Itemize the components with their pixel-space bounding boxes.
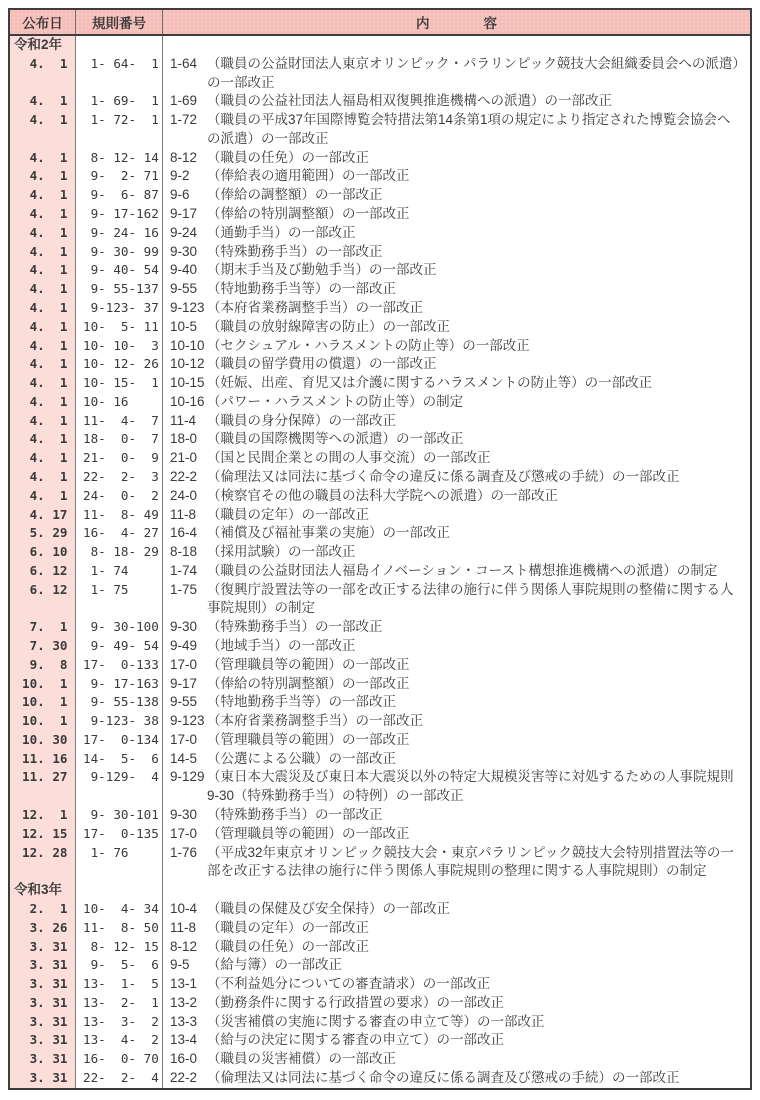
rule-number-cell: 9- 30-101 [76, 806, 163, 825]
rule-code: 11-4 [170, 412, 207, 431]
rule-number-cell: 9- 30-100 [76, 618, 163, 637]
promulgation-date-cell: 4. 1 [10, 449, 76, 468]
rule-number-cell: 18- 0- 7 [76, 430, 163, 449]
content-cell: 9-129（東日本大震災及び東日本大震災以外の特定大規模災害等に対処するための人… [163, 768, 750, 806]
table-row: 4. 110- 10- 310-10（セクシュアル・ハラスメントの防止等）の一部… [10, 337, 750, 356]
rule-number-cell [76, 881, 163, 900]
rule-code: 10-5 [170, 318, 207, 337]
era-year-label: 令和2年 [10, 36, 76, 55]
content-cell: 9-123（本府省業務調整手当）の一部改正 [163, 712, 750, 731]
table-row: 10. 3017- 0-13417-0（管理職員等の範囲）の一部改正 [10, 731, 750, 750]
rule-description: （本府省業務調整手当）の一部改正 [207, 299, 742, 318]
rule-number-cell: 1- 75 [76, 581, 163, 619]
promulgation-date-cell: 4. 1 [10, 205, 76, 224]
rule-code: 13-1 [170, 975, 207, 994]
table-row: 4. 121- 0- 921-0（国と民間企業との間の人事交流）の一部改正 [10, 449, 750, 468]
table-row: 4. 110- 12- 2610-12（職員の留学費用の償還）の一部改正 [10, 355, 750, 374]
year-row: 令和3年 [10, 881, 750, 900]
promulgation-date-cell: 6. 12 [10, 562, 76, 581]
rule-code: 13-3 [170, 1013, 207, 1032]
promulgation-date-cell: 4. 1 [10, 167, 76, 186]
rule-description: （期末手当及び勤勉手当）の一部改正 [207, 261, 742, 280]
table-row: 4. 1 9- 6- 879-6（俸給の調整額）の一部改正 [10, 186, 750, 205]
table-row: 2. 110- 4- 3410-4（職員の保健及び安全保持）の一部改正 [10, 900, 750, 919]
table-row: 10. 1 9- 17-1639-17（俸給の特別調整額）の一部改正 [10, 675, 750, 694]
rule-number-cell: 17- 0-134 [76, 731, 163, 750]
promulgation-date-cell: 4. 1 [10, 393, 76, 412]
rule-number-cell: 1- 69- 1 [76, 92, 163, 111]
rule-description: （俸給の調整額）の一部改正 [207, 186, 742, 205]
rule-code: 1-64 [170, 55, 207, 74]
rule-number-cell: 9- 55-138 [76, 693, 163, 712]
rule-description: （検察官その他の職員の法科大学院への派遣）の一部改正 [207, 487, 742, 506]
promulgation-date-cell: 2. 1 [10, 900, 76, 919]
rule-code: 11-8 [170, 919, 207, 938]
rule-description: （職員の留学費用の償還）の一部改正 [207, 355, 742, 374]
content-cell: 13-4（給与の決定に関する審査の申立て）の一部改正 [163, 1031, 750, 1050]
rule-number-cell: 1- 76 [76, 844, 163, 882]
content-cell: 17-0（管理職員等の範囲）の一部改正 [163, 825, 750, 844]
rule-number-cell: 24- 0- 2 [76, 487, 163, 506]
rule-number-cell: 1- 72- 1 [76, 111, 163, 149]
rule-code: 9-17 [170, 205, 207, 224]
promulgation-date-cell: 3. 31 [10, 994, 76, 1013]
promulgation-date-cell: 10. 30 [10, 731, 76, 750]
rule-description: （職員の任免）の一部改正 [207, 938, 742, 957]
rule-description: （給与簿）の一部改正 [207, 956, 742, 975]
promulgation-date-cell: 4. 1 [10, 243, 76, 262]
content-cell: 16-4（補償及び福祉事業の実施）の一部改正 [163, 524, 750, 543]
rule-code: 9-30 [170, 618, 207, 637]
content-cell: 8-12（職員の任免）の一部改正 [163, 149, 750, 168]
content-cell: 9-17（俸給の特別調整額）の一部改正 [163, 205, 750, 224]
rule-number-cell: 9- 2- 71 [76, 167, 163, 186]
table-row: 4. 122- 2- 322-2（倫理法又は同法に基づく命令の違反に係る調査及び… [10, 468, 750, 487]
rule-description: （管理職員等の範囲）の一部改正 [207, 731, 742, 750]
content-cell: 21-0（国と民間企業との間の人事交流）の一部改正 [163, 449, 750, 468]
table-row: 4. 1 1- 69- 11-69（職員の公益社団法人福島相双復興推進機構への派… [10, 92, 750, 111]
promulgation-date-cell: 4. 1 [10, 374, 76, 393]
rule-number-cell: 10- 15- 1 [76, 374, 163, 393]
rule-number-cell: 9- 49- 54 [76, 637, 163, 656]
year-row: 令和2年 [10, 36, 750, 55]
table-row: 3. 2611- 8- 5011-8（職員の定年）の一部改正 [10, 919, 750, 938]
rule-number-cell: 13- 1- 5 [76, 975, 163, 994]
content-cell: 1-75（復興庁設置法等の一部を改正する法律の施行に伴う関係人事院規則の整備に関… [163, 581, 750, 619]
content-cell: 8-18（採用試験）の一部改正 [163, 543, 750, 562]
rule-description: （勤務条件に関する行政措置の要求）の一部改正 [207, 994, 742, 1013]
rule-number-cell [76, 36, 163, 55]
rule-code: 18-0 [170, 430, 207, 449]
promulgation-date-cell: 4. 1 [10, 430, 76, 449]
promulgation-date-cell: 3. 31 [10, 1050, 76, 1069]
promulgation-date-cell: 4. 1 [10, 261, 76, 280]
rule-description: （採用試験）の一部改正 [207, 543, 742, 562]
rule-number-cell: 22- 2- 3 [76, 468, 163, 487]
table-row: 11. 27 9-129- 49-129（東日本大震災及び東日本大震災以外の特定… [10, 768, 750, 806]
content-cell: 10-12（職員の留学費用の償還）の一部改正 [163, 355, 750, 374]
promulgation-date-cell: 11. 16 [10, 750, 76, 769]
rule-code: 16-4 [170, 524, 207, 543]
rule-description: （特地勤務手当等）の一部改正 [207, 280, 742, 299]
rule-description: （管理職員等の範囲）の一部改正 [207, 656, 742, 675]
content-cell: 9-40（期末手当及び勤勉手当）の一部改正 [163, 261, 750, 280]
table-row: 4. 1 8- 12- 148-12（職員の任免）の一部改正 [10, 149, 750, 168]
promulgation-date-cell: 4. 1 [10, 355, 76, 374]
promulgation-date-cell: 4. 1 [10, 487, 76, 506]
rule-code: 9-49 [170, 637, 207, 656]
rule-code: 10-4 [170, 900, 207, 919]
content-cell: 1-76（平成32年東京オリンピック競技大会・東京パラリンピック競技大会特別措置… [163, 844, 750, 882]
rule-number-cell: 16- 4- 27 [76, 524, 163, 543]
rule-description: （補償及び福祉事業の実施）の一部改正 [207, 524, 742, 543]
rule-code: 17-0 [170, 825, 207, 844]
rule-code: 22-2 [170, 468, 207, 487]
content-cell: 10-16（パワー・ハラスメントの防止等）の制定 [163, 393, 750, 412]
promulgation-date-cell: 7. 30 [10, 637, 76, 656]
rule-code: 9-129 [170, 768, 207, 787]
promulgation-date-cell: 10. 1 [10, 675, 76, 694]
table-row: 3. 3113- 2- 113-2（勤務条件に関する行政措置の要求）の一部改正 [10, 994, 750, 1013]
content-cell: 1-69（職員の公益社団法人福島相双復興推進機構への派遣）の一部改正 [163, 92, 750, 111]
rule-number-cell: 17- 0-135 [76, 825, 163, 844]
table-row: 12. 1517- 0-13517-0（管理職員等の範囲）の一部改正 [10, 825, 750, 844]
rule-code: 22-2 [170, 1069, 207, 1088]
rule-number-cell: 11- 4- 7 [76, 412, 163, 431]
rule-number-cell: 9- 30- 99 [76, 243, 163, 262]
content-cell: 9-6（俸給の調整額）の一部改正 [163, 186, 750, 205]
table-row: 4. 1 9- 17-1629-17（俸給の特別調整額）の一部改正 [10, 205, 750, 224]
rule-description: （職員の国際機関等への派遣）の一部改正 [207, 430, 742, 449]
rule-description: （職員の公益社団法人福島相双復興推進機構への派遣）の一部改正 [207, 92, 742, 111]
content-cell: 22-2（倫理法又は同法に基づく命令の違反に係る調査及び懲戒の手続）の一部改正 [163, 1069, 750, 1088]
table-body: 令和2年 4. 1 1- 64- 11-64（職員の公益財団法人東京オリンピック… [10, 36, 750, 1088]
rule-description: （職員の定年）の一部改正 [207, 919, 742, 938]
rule-code: 9-30 [170, 806, 207, 825]
table-header-row: 公布日 規則番号 内 容 [10, 10, 750, 36]
table-row: 7. 30 9- 49- 549-49（地域手当）の一部改正 [10, 637, 750, 656]
rule-number-cell: 9- 40- 54 [76, 261, 163, 280]
table-row: 4. 1 9- 40- 549-40（期末手当及び勤勉手当）の一部改正 [10, 261, 750, 280]
rule-code: 17-0 [170, 731, 207, 750]
promulgation-date-cell: 5. 29 [10, 524, 76, 543]
table-row: 4. 1 9- 30- 999-30（特殊勤務手当）の一部改正 [10, 243, 750, 262]
table-row: 10. 1 9- 55-1389-55（特地勤務手当等）の一部改正 [10, 693, 750, 712]
rule-description: （東日本大震災及び東日本大震災以外の特定大規模災害等に対処するための人事院規則9… [207, 768, 742, 806]
rule-code: 10-15 [170, 374, 207, 393]
rule-description: （不利益処分についての審査請求）の一部改正 [207, 975, 742, 994]
table-row: 10. 1 9-123- 389-123（本府省業務調整手当）の一部改正 [10, 712, 750, 731]
promulgation-date-cell: 9. 8 [10, 656, 76, 675]
promulgation-date-cell: 4. 1 [10, 412, 76, 431]
rule-number-cell: 11- 8- 49 [76, 506, 163, 525]
rule-description: （通勤手当）の一部改正 [207, 224, 742, 243]
table-row: 4. 111- 4- 711-4（職員の身分保障）の一部改正 [10, 412, 750, 431]
promulgation-date-cell: 4. 1 [10, 280, 76, 299]
table-row: 3. 3116- 0- 7016-0（職員の災害補償）の一部改正 [10, 1050, 750, 1069]
rule-code: 9-17 [170, 675, 207, 694]
rule-description: （職員の身分保障）の一部改正 [207, 412, 742, 431]
content-cell: 11-8（職員の定年）の一部改正 [163, 919, 750, 938]
rule-description: （俸給表の適用範囲）の一部改正 [207, 167, 742, 186]
table-row: 4. 1 9-123- 379-123（本府省業務調整手当）の一部改正 [10, 299, 750, 318]
rule-code: 1-76 [170, 844, 207, 863]
content-cell: 1-74（職員の公益財団法人福島イノベーション・コースト構想推進機構への派遣）の… [163, 562, 750, 581]
rule-number-cell: 8- 12- 14 [76, 149, 163, 168]
promulgation-date-cell: 7. 1 [10, 618, 76, 637]
rule-number-cell: 9- 17-163 [76, 675, 163, 694]
rule-description: （平成32年東京オリンピック競技大会・東京パラリンピック競技大会特別措置法等の一… [207, 844, 742, 882]
rule-description: （国と民間企業との間の人事交流）の一部改正 [207, 449, 742, 468]
rule-code: 9-123 [170, 712, 207, 731]
table-row: 4. 1 9- 55-1379-55（特地勤務手当等）の一部改正 [10, 280, 750, 299]
content-cell: 9-123（本府省業務調整手当）の一部改正 [163, 299, 750, 318]
rule-description: （地域手当）の一部改正 [207, 637, 742, 656]
content-cell: 10-15（妊娠、出産、育児又は介護に関するハラスメントの防止等）の一部改正 [163, 374, 750, 393]
era-year-label: 令和3年 [10, 881, 76, 900]
rule-code: 10-10 [170, 337, 207, 356]
content-cell: 9-5（給与簿）の一部改正 [163, 956, 750, 975]
rule-description: （職員の定年）の一部改正 [207, 506, 742, 525]
content-cell: 9-17（俸給の特別調整額）の一部改正 [163, 675, 750, 694]
rule-number-cell: 14- 5- 6 [76, 750, 163, 769]
promulgation-date-cell: 4. 1 [10, 318, 76, 337]
content-cell: 9-30（特殊勤務手当）の一部改正 [163, 618, 750, 637]
rule-code: 9-5 [170, 956, 207, 975]
promulgation-date-cell: 10. 1 [10, 693, 76, 712]
table-row: 5. 2916- 4- 2716-4（補償及び福祉事業の実施）の一部改正 [10, 524, 750, 543]
rule-code: 1-75 [170, 581, 207, 600]
table-row: 3. 31 9- 5- 69-5（給与簿）の一部改正 [10, 956, 750, 975]
content-cell: 9-49（地域手当）の一部改正 [163, 637, 750, 656]
rule-code: 1-72 [170, 111, 207, 130]
content-cell: 9-55（特地勤務手当等）の一部改正 [163, 693, 750, 712]
promulgation-date-cell: 4. 17 [10, 506, 76, 525]
rule-code: 24-0 [170, 487, 207, 506]
promulgation-date-cell: 4. 1 [10, 111, 76, 149]
content-cell: 10-5（職員の放射線障害の防止）の一部改正 [163, 318, 750, 337]
promulgation-date-cell: 4. 1 [10, 337, 76, 356]
rule-code: 9-6 [170, 186, 207, 205]
table-row: 3. 3113- 3- 213-3（災害補償の実施に関する審査の申立て等）の一部… [10, 1013, 750, 1032]
promulgation-date-cell: 6. 12 [10, 581, 76, 619]
rule-description: （特殊勤務手当）の一部改正 [207, 618, 742, 637]
rule-number-cell: 10- 10- 3 [76, 337, 163, 356]
header-promulgation-date: 公布日 [10, 10, 76, 34]
header-rule-number: 規則番号 [76, 10, 163, 34]
rule-code: 9-30 [170, 243, 207, 262]
table-row: 4. 110- 5- 1110-5（職員の放射線障害の防止）の一部改正 [10, 318, 750, 337]
rule-code: 10-16 [170, 393, 207, 412]
rule-number-cell: 10- 12- 26 [76, 355, 163, 374]
content-cell [163, 881, 750, 900]
content-cell: 10-4（職員の保健及び安全保持）の一部改正 [163, 900, 750, 919]
rule-number-cell: 22- 2- 4 [76, 1069, 163, 1088]
content-cell: 8-12（職員の任免）の一部改正 [163, 938, 750, 957]
rule-description: （特殊勤務手当）の一部改正 [207, 243, 742, 262]
rule-number-cell: 16- 0- 70 [76, 1050, 163, 1069]
rule-code: 9-123 [170, 299, 207, 318]
rule-code: 17-0 [170, 656, 207, 675]
content-cell: 13-2（勤務条件に関する行政措置の要求）の一部改正 [163, 994, 750, 1013]
rule-description: （管理職員等の範囲）の一部改正 [207, 825, 742, 844]
rule-description: （セクシュアル・ハラスメントの防止等）の一部改正 [207, 337, 742, 356]
table-row: 4. 110- 15- 110-15（妊娠、出産、育児又は介護に関するハラスメン… [10, 374, 750, 393]
promulgation-date-cell: 4. 1 [10, 299, 76, 318]
table-row: 3. 3122- 2- 422-2（倫理法又は同法に基づく命令の違反に係る調査及… [10, 1069, 750, 1088]
rule-code: 21-0 [170, 449, 207, 468]
table-row: 4. 1 1- 72- 11-72（職員の平成37年国際博覧会特措法第14条第1… [10, 111, 750, 149]
rule-number-cell: 9- 55-137 [76, 280, 163, 299]
rule-number-cell: 1- 64- 1 [76, 55, 163, 93]
rule-code: 11-8 [170, 506, 207, 525]
table-row: 4. 1 1- 64- 11-64（職員の公益財団法人東京オリンピック・パラリン… [10, 55, 750, 93]
rule-code: 8-12 [170, 938, 207, 957]
rule-description: （倫理法又は同法に基づく命令の違反に係る調査及び懲戒の手続）の一部改正 [207, 1069, 742, 1088]
rule-number-cell: 9-123- 38 [76, 712, 163, 731]
table-row: 12. 28 1- 761-76（平成32年東京オリンピック競技大会・東京パラリ… [10, 844, 750, 882]
rule-number-cell: 13- 2- 1 [76, 994, 163, 1013]
table-row: 4. 110- 1610-16（パワー・ハラスメントの防止等）の制定 [10, 393, 750, 412]
rule-number-cell: 10- 16 [76, 393, 163, 412]
table-row: 4. 1711- 8- 4911-8（職員の定年）の一部改正 [10, 506, 750, 525]
promulgation-date-cell: 3. 31 [10, 1031, 76, 1050]
content-cell: 1-64（職員の公益財団法人東京オリンピック・パラリンピック競技大会組織委員会へ… [163, 55, 750, 93]
promulgation-date-cell: 4. 1 [10, 186, 76, 205]
content-cell: 16-0（職員の災害補償）の一部改正 [163, 1050, 750, 1069]
rule-description: （妊娠、出産、育児又は介護に関するハラスメントの防止等）の一部改正 [207, 374, 742, 393]
content-cell: 9-30（特殊勤務手当）の一部改正 [163, 243, 750, 262]
rule-description: （特地勤務手当等）の一部改正 [207, 693, 742, 712]
rule-number-cell: 8- 18- 29 [76, 543, 163, 562]
table-row: 6. 12 1- 741-74（職員の公益財団法人福島イノベーション・コースト構… [10, 562, 750, 581]
rule-code: 13-2 [170, 994, 207, 1013]
content-cell: 11-4（職員の身分保障）の一部改正 [163, 412, 750, 431]
promulgation-date-cell: 4. 1 [10, 55, 76, 93]
rule-code: 9-40 [170, 261, 207, 280]
table-row: 4. 1 9- 2- 719-2（俸給表の適用範囲）の一部改正 [10, 167, 750, 186]
promulgation-date-cell: 3. 31 [10, 975, 76, 994]
table-row: 12. 1 9- 30-1019-30（特殊勤務手当）の一部改正 [10, 806, 750, 825]
table-row: 7. 1 9- 30-1009-30（特殊勤務手当）の一部改正 [10, 618, 750, 637]
rule-code: 9-55 [170, 693, 207, 712]
content-cell: 11-8（職員の定年）の一部改正 [163, 506, 750, 525]
rule-number-cell: 1- 74 [76, 562, 163, 581]
rule-code: 10-12 [170, 355, 207, 374]
content-cell: 24-0（検察官その他の職員の法科大学院への派遣）の一部改正 [163, 487, 750, 506]
rule-number-cell: 9- 6- 87 [76, 186, 163, 205]
content-cell: 1-72（職員の平成37年国際博覧会特措法第14条第1項の規定により指定された博… [163, 111, 750, 149]
promulgation-date-cell: 3. 31 [10, 938, 76, 957]
rule-number-cell: 9-123- 37 [76, 299, 163, 318]
content-cell: 14-5（公選による公職）の一部改正 [163, 750, 750, 769]
rule-code: 9-24 [170, 224, 207, 243]
promulgation-date-cell: 4. 1 [10, 92, 76, 111]
promulgation-date-cell: 11. 27 [10, 768, 76, 806]
content-cell: 9-2（俸給表の適用範囲）の一部改正 [163, 167, 750, 186]
promulgation-date-cell: 3. 26 [10, 919, 76, 938]
rule-description: （職員の災害補償）の一部改正 [207, 1050, 742, 1069]
content-cell: 9-55（特地勤務手当等）の一部改正 [163, 280, 750, 299]
rule-description: （職員の公益財団法人福島イノベーション・コースト構想推進機構への派遣）の制定 [207, 562, 742, 581]
promulgation-date-cell: 3. 31 [10, 1013, 76, 1032]
rule-number-cell: 13- 3- 2 [76, 1013, 163, 1032]
table-row: 11. 1614- 5- 614-5（公選による公職）の一部改正 [10, 750, 750, 769]
rules-promulgation-table: 公布日 規則番号 内 容 令和2年 4. 1 1- 64- 11-64（職員の公… [8, 8, 752, 1090]
rule-number-cell: 21- 0- 9 [76, 449, 163, 468]
table-row: 3. 3113- 4- 213-4（給与の決定に関する審査の申立て）の一部改正 [10, 1031, 750, 1050]
promulgation-date-cell: 12. 28 [10, 844, 76, 882]
table-row: 3. 31 8- 12- 158-12（職員の任免）の一部改正 [10, 938, 750, 957]
table-row: 9. 817- 0-13317-0（管理職員等の範囲）の一部改正 [10, 656, 750, 675]
promulgation-date-cell: 6. 10 [10, 543, 76, 562]
promulgation-date-cell: 12. 1 [10, 806, 76, 825]
content-cell: 17-0（管理職員等の範囲）の一部改正 [163, 731, 750, 750]
rule-code: 9-2 [170, 167, 207, 186]
rule-description: （復興庁設置法等の一部を改正する法律の施行に伴う関係人事院規則の整備に関する人事… [207, 581, 742, 619]
content-cell: 13-1（不利益処分についての審査請求）の一部改正 [163, 975, 750, 994]
promulgation-date-cell: 3. 31 [10, 1069, 76, 1088]
rule-description: （パワー・ハラスメントの防止等）の制定 [207, 393, 742, 412]
content-cell: 17-0（管理職員等の範囲）の一部改正 [163, 656, 750, 675]
rule-description: （俸給の特別調整額）の一部改正 [207, 675, 742, 694]
rule-number-cell: 9-129- 4 [76, 768, 163, 806]
header-content: 内 容 [163, 10, 750, 34]
promulgation-date-cell: 4. 1 [10, 149, 76, 168]
rule-code: 14-5 [170, 750, 207, 769]
content-cell [163, 36, 750, 55]
rule-description: （職員の公益財団法人東京オリンピック・パラリンピック競技大会組織委員会への派遣）… [207, 55, 742, 93]
table-row: 6. 12 1- 751-75（復興庁設置法等の一部を改正する法律の施行に伴う関… [10, 581, 750, 619]
rule-code: 1-74 [170, 562, 207, 581]
rule-description: （倫理法又は同法に基づく命令の違反に係る調査及び懲戒の手続）の一部改正 [207, 468, 742, 487]
rule-number-cell: 13- 4- 2 [76, 1031, 163, 1050]
content-cell: 18-0（職員の国際機関等への派遣）の一部改正 [163, 430, 750, 449]
rule-description: （職員の任免）の一部改正 [207, 149, 742, 168]
rule-code: 8-12 [170, 149, 207, 168]
rule-number-cell: 11- 8- 50 [76, 919, 163, 938]
rule-number-cell: 10- 5- 11 [76, 318, 163, 337]
promulgation-date-cell: 3. 31 [10, 956, 76, 975]
rule-description: （特殊勤務手当）の一部改正 [207, 806, 742, 825]
rule-description: （給与の決定に関する審査の申立て）の一部改正 [207, 1031, 742, 1050]
rule-number-cell: 10- 4- 34 [76, 900, 163, 919]
promulgation-date-cell: 12. 15 [10, 825, 76, 844]
rule-description: （職員の放射線障害の防止）の一部改正 [207, 318, 742, 337]
table-row: 6. 10 8- 18- 298-18（採用試験）の一部改正 [10, 543, 750, 562]
content-cell: 9-24（通勤手当）の一部改正 [163, 224, 750, 243]
rule-number-cell: 9- 17-162 [76, 205, 163, 224]
table-row: 4. 124- 0- 224-0（検察官その他の職員の法科大学院への派遣）の一部… [10, 487, 750, 506]
rule-code: 16-0 [170, 1050, 207, 1069]
rule-code: 8-18 [170, 543, 207, 562]
rule-description: （職員の保健及び安全保持）の一部改正 [207, 900, 742, 919]
rule-code: 1-69 [170, 92, 207, 111]
promulgation-date-cell: 4. 1 [10, 224, 76, 243]
rule-number-cell: 17- 0-133 [76, 656, 163, 675]
rule-number-cell: 8- 12- 15 [76, 938, 163, 957]
rule-code: 9-55 [170, 280, 207, 299]
promulgation-date-cell: 10. 1 [10, 712, 76, 731]
rule-number-cell: 9- 24- 16 [76, 224, 163, 243]
content-cell: 13-3（災害補償の実施に関する審査の申立て等）の一部改正 [163, 1013, 750, 1032]
rule-description: （職員の平成37年国際博覧会特措法第14条第1項の規定により指定された博覧会協会… [207, 111, 742, 149]
content-cell: 9-30（特殊勤務手当）の一部改正 [163, 806, 750, 825]
rule-description: （俸給の特別調整額）の一部改正 [207, 205, 742, 224]
table-row: 4. 1 9- 24- 169-24（通勤手当）の一部改正 [10, 224, 750, 243]
table-row: 3. 3113- 1- 513-1（不利益処分についての審査請求）の一部改正 [10, 975, 750, 994]
rule-description: （公選による公職）の一部改正 [207, 750, 742, 769]
